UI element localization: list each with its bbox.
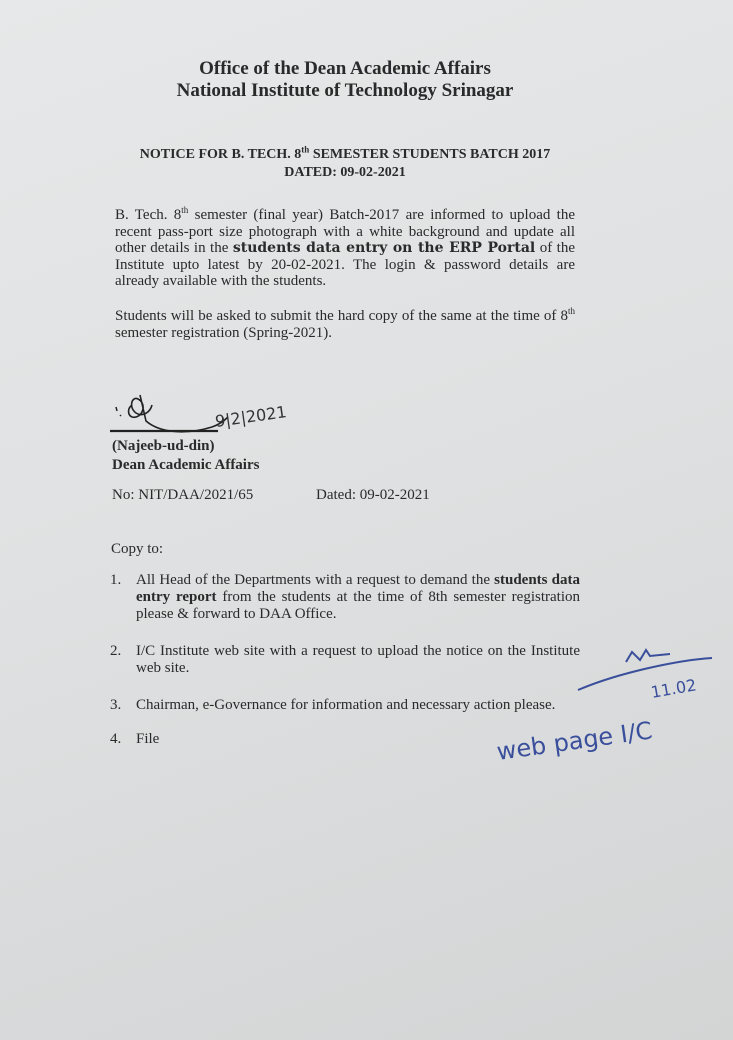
annotation-strike-line [578,658,712,690]
copy-to-label: Copy to: [111,541,163,558]
copy-to-item: 3. Chairman, e-Governance for informatio… [110,697,580,714]
reference-number: No: NIT/DAA/2021/65 [112,487,253,504]
annotation-date: 11.02 [649,675,697,702]
signatory: (Najeeb-ud-din) Dean Academic Affairs [112,437,259,475]
signature-icon: 9|2|2021 [110,385,330,435]
copy-to-item: 1. All Head of the Departments with a re… [110,572,580,623]
office-title: Office of the Dean Academic Affairs [0,58,690,80]
erp-portal-emphasis: students data entry on the ERP Portal [233,240,535,256]
notice-title: NOTICE FOR B. TECH. 8th SEMESTER STUDENT… [0,146,690,182]
notice-date: DATED: 09-02-2021 [0,164,690,182]
institute-name: National Institute of Technology Srinaga… [0,80,690,102]
svg-text:9|2|2021: 9|2|2021 [214,402,288,431]
notice-heading: NOTICE FOR B. TECH. 8th SEMESTER STUDENT… [0,146,690,164]
letterhead: Office of the Dean Academic Affairs Nati… [0,58,690,102]
annotation-initials [626,650,670,662]
signatory-designation: Dean Academic Affairs [112,456,259,475]
body-paragraph-2: Students will be asked to submit the har… [115,308,575,341]
copy-to-item: 2. I/C Institute web site with a request… [110,643,580,677]
signatory-name: (Najeeb-ud-din) [112,437,259,456]
copy-to-item: 4. File [110,731,580,748]
scanned-notice-page: Office of the Dean Academic Affairs Nati… [0,0,733,1040]
body-paragraph-1: B. Tech. 8th semester (final year) Batch… [115,207,575,290]
reference-date: Dated: 09-02-2021 [316,487,430,504]
